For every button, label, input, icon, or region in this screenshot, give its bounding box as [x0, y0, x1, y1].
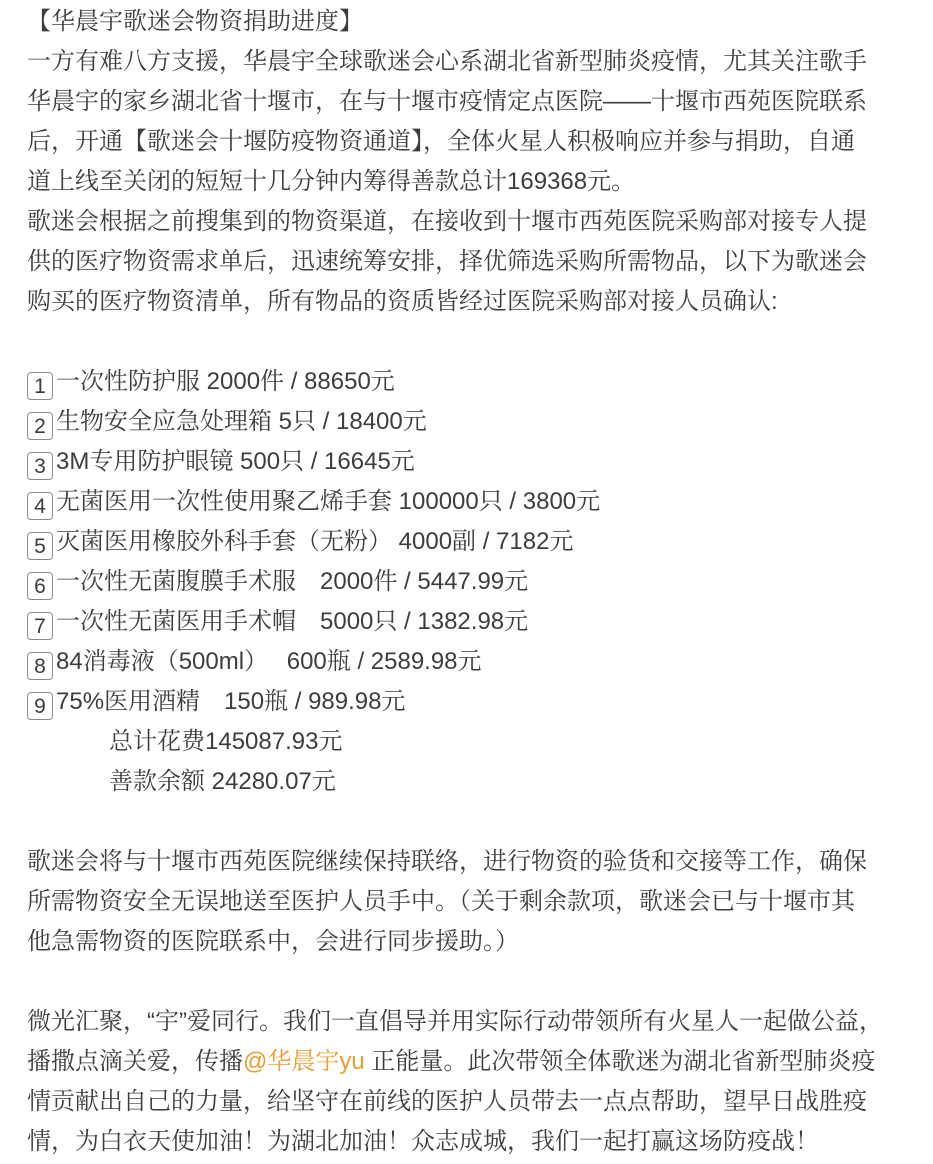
item-text: 一次性无菌医用手术帽 5000只 / 1382.98元 [56, 608, 528, 635]
post-title: 【华晨宇歌迷会物资捐助进度】 [27, 2, 917, 42]
item-text: 灭菌医用橡胶外科手套（无粉） 4000副 / 7182元 [56, 528, 573, 555]
blank-line [27, 802, 917, 842]
item-number-badge: 7 [27, 612, 53, 640]
item-number-badge: 1 [27, 372, 53, 400]
supply-list-item: 33M专用防护眼镜 500只 / 16645元 [27, 442, 917, 482]
item-text: 无菌医用一次性使用聚乙烯手套 100000只 / 3800元 [56, 488, 600, 515]
paragraph-text: 正能量。此次带领全体歌迷为湖北省新型肺炎疫 [365, 1048, 876, 1075]
item-text: 生物安全应急处理箱 5只 / 18400元 [56, 408, 427, 435]
supply-list-item: 2生物安全应急处理箱 5只 / 18400元 [27, 402, 917, 442]
balance-line: 善款余额 24280.07元 [27, 762, 917, 802]
item-number-badge: 4 [27, 492, 53, 520]
paragraph-line: 歌迷会根据之前搜集到的物资渠道，在接收到十堰市西苑医院采购部对接专人提 [27, 202, 917, 242]
blank-line [27, 962, 917, 1002]
item-text: 3M专用防护眼镜 500只 / 16645元 [56, 448, 415, 475]
paragraph-line: 歌迷会将与十堰市西苑医院继续保持联络，进行物资的验货和交接等工作，确保 [27, 842, 917, 882]
mention-link-huachenyu[interactable]: @华晨宇yu [243, 1048, 365, 1075]
paragraph-line: 购买的医疗物资清单，所有物品的资质皆经过医院采购部对接人员确认: [27, 282, 917, 322]
paragraph-line: 供的医疗物资需求单后，迅速统筹安排，择优筛选采购所需物品，以下为歌迷会 [27, 242, 917, 282]
supply-list-item: 975%医用酒精 150瓶 / 989.98元 [27, 682, 917, 722]
post-body: 【华晨宇歌迷会物资捐助进度】 一方有难八方支援，华晨宇全球歌迷会心系湖北省新型肺… [0, 0, 917, 1162]
supply-list-item: 5灭菌医用橡胶外科手套（无粉） 4000副 / 7182元 [27, 522, 917, 562]
supply-list-item: 4无菌医用一次性使用聚乙烯手套 100000只 / 3800元 [27, 482, 917, 522]
item-text: 75%医用酒精 150瓶 / 989.98元 [56, 688, 406, 715]
paragraph-line: 道上线至关闭的短短十几分钟内筹得善款总计169368元。 [27, 162, 917, 202]
paragraph-line: 情，为白衣天使加油！为湖北加油！众志成城，我们一起打赢这场防疫战！ [27, 1122, 917, 1162]
paragraph-line: 华晨宇的家乡湖北省十堰市，在与十堰市疫情定点医院——十堰市西苑医院联系 [27, 82, 917, 122]
paragraph-line: 播撒点滴关爱，传播@华晨宇yu 正能量。此次带领全体歌迷为湖北省新型肺炎疫 [27, 1042, 917, 1082]
blank-line [27, 322, 917, 362]
item-text: 84消毒液（500ml） 600瓶 / 2589.98元 [56, 648, 482, 675]
paragraph-text: 播撒点滴关爱，传播 [27, 1048, 243, 1075]
item-text: 一次性无菌腹膜手术服 2000件 / 5447.99元 [56, 568, 528, 595]
item-number-badge: 5 [27, 532, 53, 560]
paragraph-line: 情贡献出自己的力量，给坚守在前线的医护人员带去一点点帮助，望早日战胜疫 [27, 1082, 917, 1122]
item-number-badge: 2 [27, 412, 53, 440]
total-cost-line: 总计花费145087.93元 [27, 722, 917, 762]
supply-list-item: 1一次性防护服 2000件 / 88650元 [27, 362, 917, 402]
item-number-badge: 6 [27, 572, 53, 600]
supply-list-item: 6一次性无菌腹膜手术服 2000件 / 5447.99元 [27, 562, 917, 602]
paragraph-line: 微光汇聚，“宇”爱同行。我们一直倡导并用实际行动带领所有火星人一起做公益， [27, 1002, 917, 1042]
item-number-badge: 9 [27, 692, 53, 720]
paragraph-line: 他急需物资的医院联系中，会进行同步援助。） [27, 922, 917, 962]
paragraph-line: 一方有难八方支援，华晨宇全球歌迷会心系湖北省新型肺炎疫情，尤其关注歌手 [27, 42, 917, 82]
item-number-badge: 8 [27, 652, 53, 680]
item-text: 一次性防护服 2000件 / 88650元 [56, 368, 395, 395]
paragraph-line: 所需物资安全无误地送至医护人员手中。（关于剩余款项，歌迷会已与十堰市其 [27, 882, 917, 922]
supply-list-item: 7一次性无菌医用手术帽 5000只 / 1382.98元 [27, 602, 917, 642]
item-number-badge: 3 [27, 452, 53, 480]
supply-list-item: 884消毒液（500ml） 600瓶 / 2589.98元 [27, 642, 917, 682]
paragraph-line: 后，开通【歌迷会十堰防疫物资通道】，全体火星人积极响应并参与捐助，自通 [27, 122, 917, 162]
